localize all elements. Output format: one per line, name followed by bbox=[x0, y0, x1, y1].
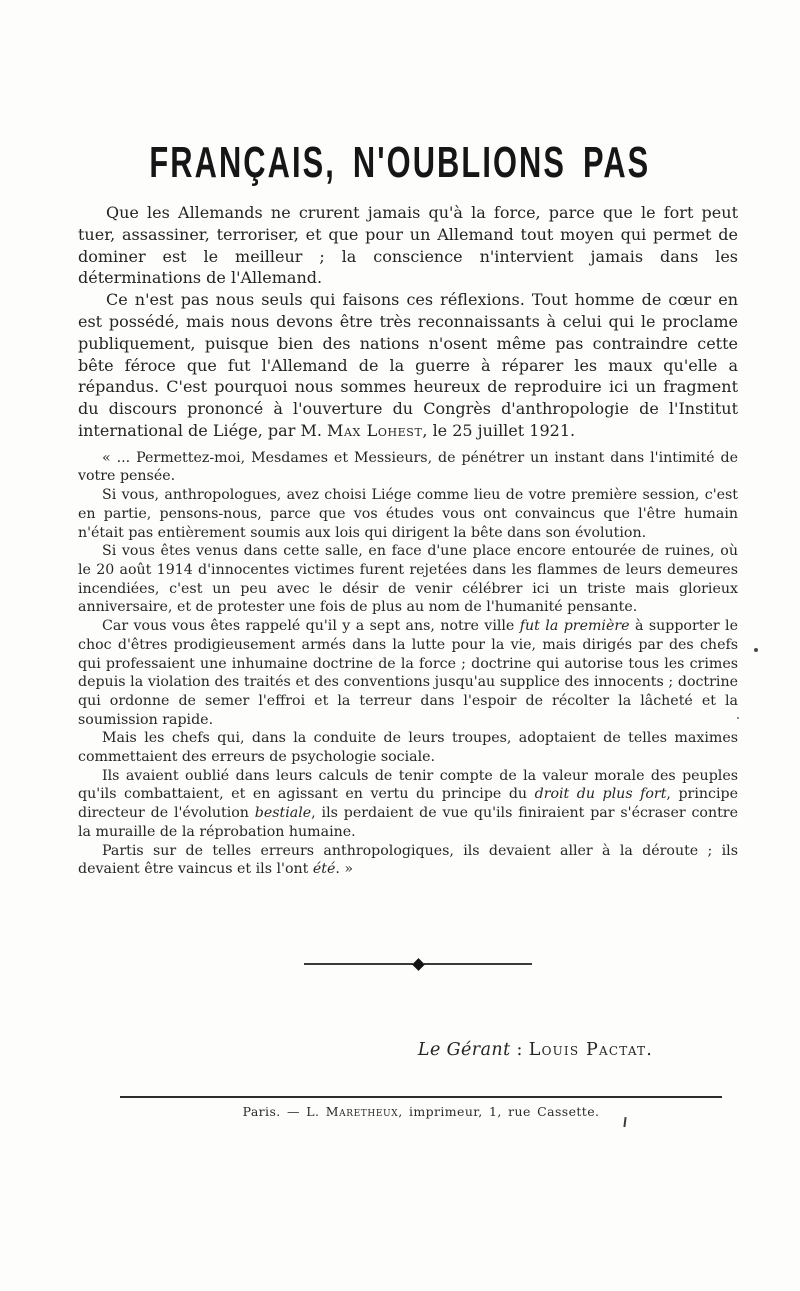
text-segment: fut la première bbox=[520, 618, 630, 634]
ink-mark bbox=[623, 1117, 626, 1127]
title-block: FRANÇAIS, N'OUBLIONS PAS bbox=[0, 140, 800, 186]
divider-line-right bbox=[424, 963, 533, 965]
text-segment: « ... Permettez-moi, Mesdames et Messieu… bbox=[78, 450, 738, 485]
text-segment: Que les Allemands ne crurent jamais qu'à… bbox=[78, 203, 738, 287]
text-segment: Louis Pactat. bbox=[529, 1040, 653, 1060]
paragraph: Que les Allemands ne crurent jamais qu'à… bbox=[78, 202, 738, 289]
printer-imprint: Paris. — L. Maretheux, imprimeur, 1, rue… bbox=[120, 1104, 722, 1119]
text-segment: Ce n'est pas nous seuls qui faisons ces … bbox=[78, 290, 738, 440]
text-segment: bestiale bbox=[255, 805, 311, 821]
signature-line: Le Gérant : Louis Pactat. bbox=[418, 1040, 653, 1060]
paragraph: Car vous vous êtes rappelé qu'il y a sep… bbox=[78, 617, 738, 729]
text-segment: Car vous vous êtes rappelé qu'il y a sep… bbox=[102, 618, 520, 634]
page-title: FRANÇAIS, N'OUBLIONS PAS bbox=[150, 140, 651, 186]
intro-section: Que les Allemands ne crurent jamais qu'à… bbox=[78, 202, 738, 442]
text-segment: Partis sur de telles erreurs anthropolog… bbox=[78, 843, 738, 878]
imprint-rule bbox=[120, 1096, 722, 1098]
text-segment: : bbox=[511, 1040, 529, 1060]
divider-line-left bbox=[304, 963, 413, 965]
paper-speck bbox=[737, 717, 739, 719]
text-segment: Paris. — L. bbox=[243, 1104, 326, 1119]
document-page: FRANÇAIS, N'OUBLIONS PAS Que les Alleman… bbox=[0, 0, 800, 1291]
text-segment: Maretheux bbox=[326, 1104, 398, 1119]
section-divider bbox=[304, 958, 532, 970]
paragraph: Ils avaient oublié dans leurs calculs de… bbox=[78, 767, 738, 842]
speech-quote-section: « ... Permettez-moi, Mesdames et Messieu… bbox=[78, 449, 738, 879]
text-segment: Le Gérant bbox=[418, 1040, 511, 1060]
text-segment: . » bbox=[335, 861, 353, 877]
diamond-ornament-icon bbox=[412, 958, 425, 971]
text-segment: été bbox=[313, 861, 336, 877]
paragraph: Ce n'est pas nous seuls qui faisons ces … bbox=[78, 289, 738, 442]
text-column: Que les Allemands ne crurent jamais qu'à… bbox=[78, 202, 738, 879]
text-segment: droit du plus fort bbox=[535, 786, 667, 802]
text-segment: , le 25 juillet 1921. bbox=[422, 421, 575, 440]
text-segment: Max Lohest bbox=[327, 421, 422, 440]
paper-speck bbox=[754, 648, 758, 652]
text-segment: à supporter le choc d'êtres prodigieusem… bbox=[78, 618, 738, 728]
text-segment: Si vous, anthropologues, avez choisi Lié… bbox=[78, 487, 738, 540]
text-segment: Mais les chefs qui, dans la conduite de … bbox=[78, 730, 738, 765]
paragraph: « ... Permettez-moi, Mesdames et Messieu… bbox=[78, 449, 738, 486]
text-segment: , imprimeur, 1, rue Cassette. bbox=[398, 1104, 599, 1119]
paragraph: Si vous êtes venus dans cette salle, en … bbox=[78, 542, 738, 617]
paragraph: Mais les chefs qui, dans la conduite de … bbox=[78, 729, 738, 766]
text-segment: Si vous êtes venus dans cette salle, en … bbox=[78, 543, 738, 615]
paragraph: Partis sur de telles erreurs anthropolog… bbox=[78, 842, 738, 879]
paragraph: Si vous, anthropologues, avez choisi Lié… bbox=[78, 486, 738, 542]
